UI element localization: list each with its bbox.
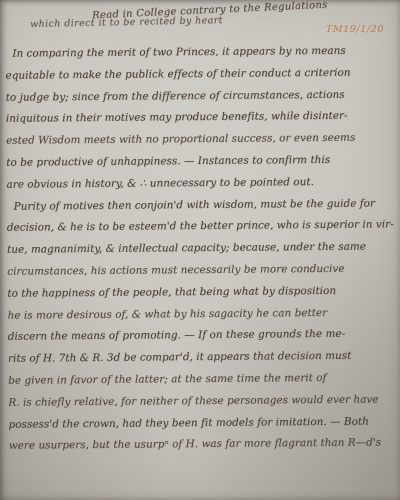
manuscript-line: were usurpers, but the usurpⁿ of H. was … [9, 433, 399, 458]
manuscript-line: he is more desirous of, & what by his sa… [7, 302, 397, 327]
manuscript-line: equitable to make the publick effects of… [5, 62, 395, 87]
reference-number: TM19/1/20 [326, 24, 384, 35]
manuscript-line: In comparing the merit of two Princes, i… [5, 40, 395, 65]
archival-annotation-second: which direct it to be recited by heart [30, 15, 223, 30]
manuscript-line: ested Wisdom meets with no proportional … [6, 127, 396, 152]
manuscript-line: circumstances, his actions must necessar… [7, 258, 397, 283]
manuscript-page: Read in College contrary to the Regulati… [0, 0, 400, 500]
manuscript-line: R. is chiefly relative, for neither of t… [8, 389, 398, 414]
manuscript-body: In comparing the merit of two Princes, i… [5, 40, 399, 458]
